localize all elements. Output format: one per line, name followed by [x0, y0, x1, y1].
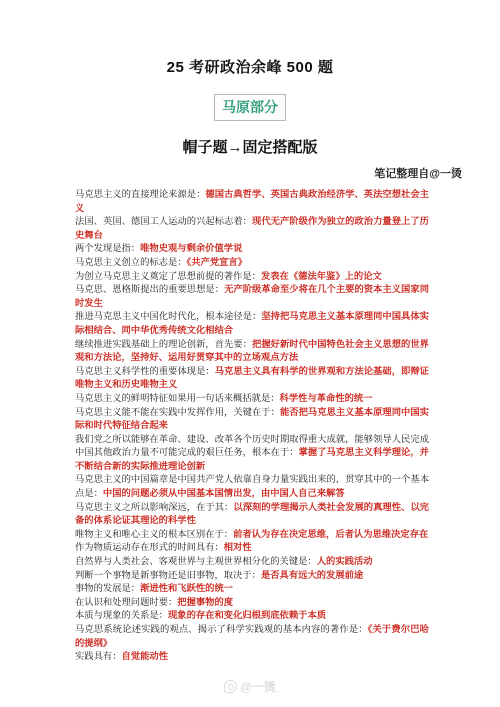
answer-text: 发表在《德法年鉴》上的论文	[261, 272, 382, 282]
qa-line: 马克思主义的鲜明特征如果用一句话来概括就是：科学性与革命性的统一	[75, 393, 429, 407]
section-badge: 马原部分	[214, 94, 286, 121]
question-text: 马克思主义创立的标志是：	[75, 258, 187, 268]
qa-line: 作为物质运动存在形式的时间具有：相对性	[75, 542, 429, 556]
answer-text: 人的实践活动	[317, 557, 373, 567]
question-text: 事物的发展是：	[75, 584, 140, 594]
qa-line: 马克思主义的中国篇章是中国共产党人依靠自身力量实践出来的，贯穿其中的一个基本点是…	[75, 474, 429, 501]
answer-text: 科学性与革命性的统一	[280, 394, 373, 404]
question-text: 马克思系统论述实践的观点、揭示了科学实践观的基本内容的著作是：	[75, 625, 368, 635]
qa-line: 马克思、恩格斯提出的重要思想是：无产阶级革命至少将在几个主要的资本主义国家同时发…	[75, 284, 429, 311]
question-text: 马克思主义的鲜明特征如果用一句话来概括就是：	[75, 394, 280, 404]
qa-line: 推进马克思主义中国化时代化，根本途径是：坚持把马克思主义基本原理同中国具体实际相…	[75, 311, 429, 338]
qa-line: 两个发现是指：唯物史观与剩余价值学说	[75, 243, 429, 257]
question-text: 法国、英国、德国工人运动的兴起标志着：	[75, 217, 252, 227]
answer-text: 《共产党宣言》	[187, 258, 247, 268]
qa-line: 马克思系统论述实践的观点、揭示了科学实践观的基本内容的著作是：《关于费尔巴哈的提…	[75, 624, 429, 651]
qa-line: 马克思主义科学性的重要体现是：马克思主义具有科学的世界观和方法论基础，即辩证唯物…	[75, 366, 429, 393]
question-text: 马克思主义的直接理论来源是：	[75, 190, 205, 200]
question-text: 马克思主义科学性的重要体现是：	[75, 367, 215, 377]
qa-line: 实践具有：自觉能动性	[75, 651, 429, 665]
question-text: 实践具有：	[75, 652, 122, 662]
answer-text: 唯物史观与剩余价值学说	[140, 244, 242, 254]
question-text: 在认识和处理问题时要：	[75, 598, 177, 608]
question-text: 马克思主义能不能在实践中发挥作用，关键在于：	[75, 408, 280, 418]
qa-line: 马克思主义的直接理论来源是：德国古典哲学、英国古典政治经济学、英法空想社会主义	[75, 189, 429, 216]
question-text: 作为物质运动存在形式的时间具有：	[75, 543, 224, 553]
document-page: 25 考研政治余峰 500 题 马原部分 帽子题→固定搭配版 笔记整理自@一烫 …	[0, 0, 500, 707]
weibo-eye-icon	[224, 680, 237, 693]
section-badge-row: 马原部分	[0, 94, 500, 121]
question-text: 本质与现象的关系是：	[75, 611, 168, 621]
answer-text: 现象的存在和变化归根到底依赖于本质	[168, 611, 326, 621]
answer-text: 是否具有远大的发展前途	[261, 571, 363, 581]
qa-line: 继续推进实践基础上的理论创新，首先要：把握好新时代中国特色社会主义思想的世界观和…	[75, 339, 429, 366]
answer-text: 中国的问题必须从中国基本国情出发，由中国人自己来解答	[103, 489, 345, 499]
qa-list: 马克思主义的直接理论来源是：德国古典哲学、英国古典政治经济学、英法空想社会主义法…	[0, 189, 500, 665]
answer-text: 相对性	[224, 543, 252, 553]
qa-line: 马克思主义之所以影响深远，在于其：以深刻的学理揭示人类社会发展的真理性、以完备的…	[75, 502, 429, 529]
credit-line: 笔记整理自@一烫	[0, 165, 500, 181]
qa-line: 唯物主义和唯心主义的根本区别在于：前者认为存在决定思维，后者认为思维决定存在	[75, 529, 429, 543]
qa-line: 事物的发展是：渐进性和飞跃性的统一	[75, 583, 429, 597]
qa-line: 判断一个事物是新事物还是旧事物，取决于：是否具有远大的发展前途	[75, 570, 429, 584]
question-text: 为创立马克思主义奠定了思想前提的著作是：	[75, 272, 261, 282]
qa-line: 马克思主义创立的标志是：《共产党宣言》	[75, 257, 429, 271]
question-text: 自然界与人类社会、客观世界与主观世界相分化的关键是：	[75, 557, 317, 567]
answer-text: 自觉能动性	[122, 652, 169, 662]
qa-line: 法国、英国、德国工人运动的兴起标志着：现代无产阶级作为独立的政治力量登上了历史舞…	[75, 216, 429, 243]
question-text: 继续推进实践基础上的理论创新，首先要：	[75, 340, 252, 350]
qa-line: 我们党之所以能够在革命、建设、改革各个历史时期取得重大成就，能够领导人民完成中国…	[75, 434, 429, 475]
page-title: 25 考研政治余峰 500 题	[0, 56, 500, 77]
watermark-handle: @一烫	[240, 680, 276, 694]
qa-line: 在认识和处理问题时要：把握事物的度	[75, 597, 429, 611]
answer-text: 渐进性和飞跃性的统一	[140, 584, 233, 594]
answer-text: 前者认为存在决定思维，后者认为思维决定存在	[233, 530, 428, 540]
answer-text: 把握事物的度	[177, 598, 233, 608]
qa-line: 本质与现象的关系是：现象的存在和变化归根到底依赖于本质	[75, 610, 429, 624]
qa-line: 为创立马克思主义奠定了思想前提的著作是：发表在《德法年鉴》上的论文	[75, 271, 429, 285]
subtitle: 帽子题→固定搭配版	[0, 136, 500, 157]
question-text: 马克思主义之所以影响深远，在于其：	[75, 503, 233, 513]
qa-line: 自然界与人类社会、客观世界与主观世界相分化的关键是：人的实践活动	[75, 556, 429, 570]
question-text: 推进马克思主义中国化时代化，根本途径是：	[75, 312, 261, 322]
question-text: 唯物主义和唯心主义的根本区别在于：	[75, 530, 233, 540]
watermark: @一烫	[0, 678, 500, 695]
question-text: 两个发现是指：	[75, 244, 140, 254]
qa-line: 马克思主义能不能在实践中发挥作用，关键在于：能否把马克思主义基本原理同中国实际和…	[75, 407, 429, 434]
question-text: 马克思、恩格斯提出的重要思想是：	[75, 285, 224, 295]
question-text: 判断一个事物是新事物还是旧事物，取决于：	[75, 571, 261, 581]
